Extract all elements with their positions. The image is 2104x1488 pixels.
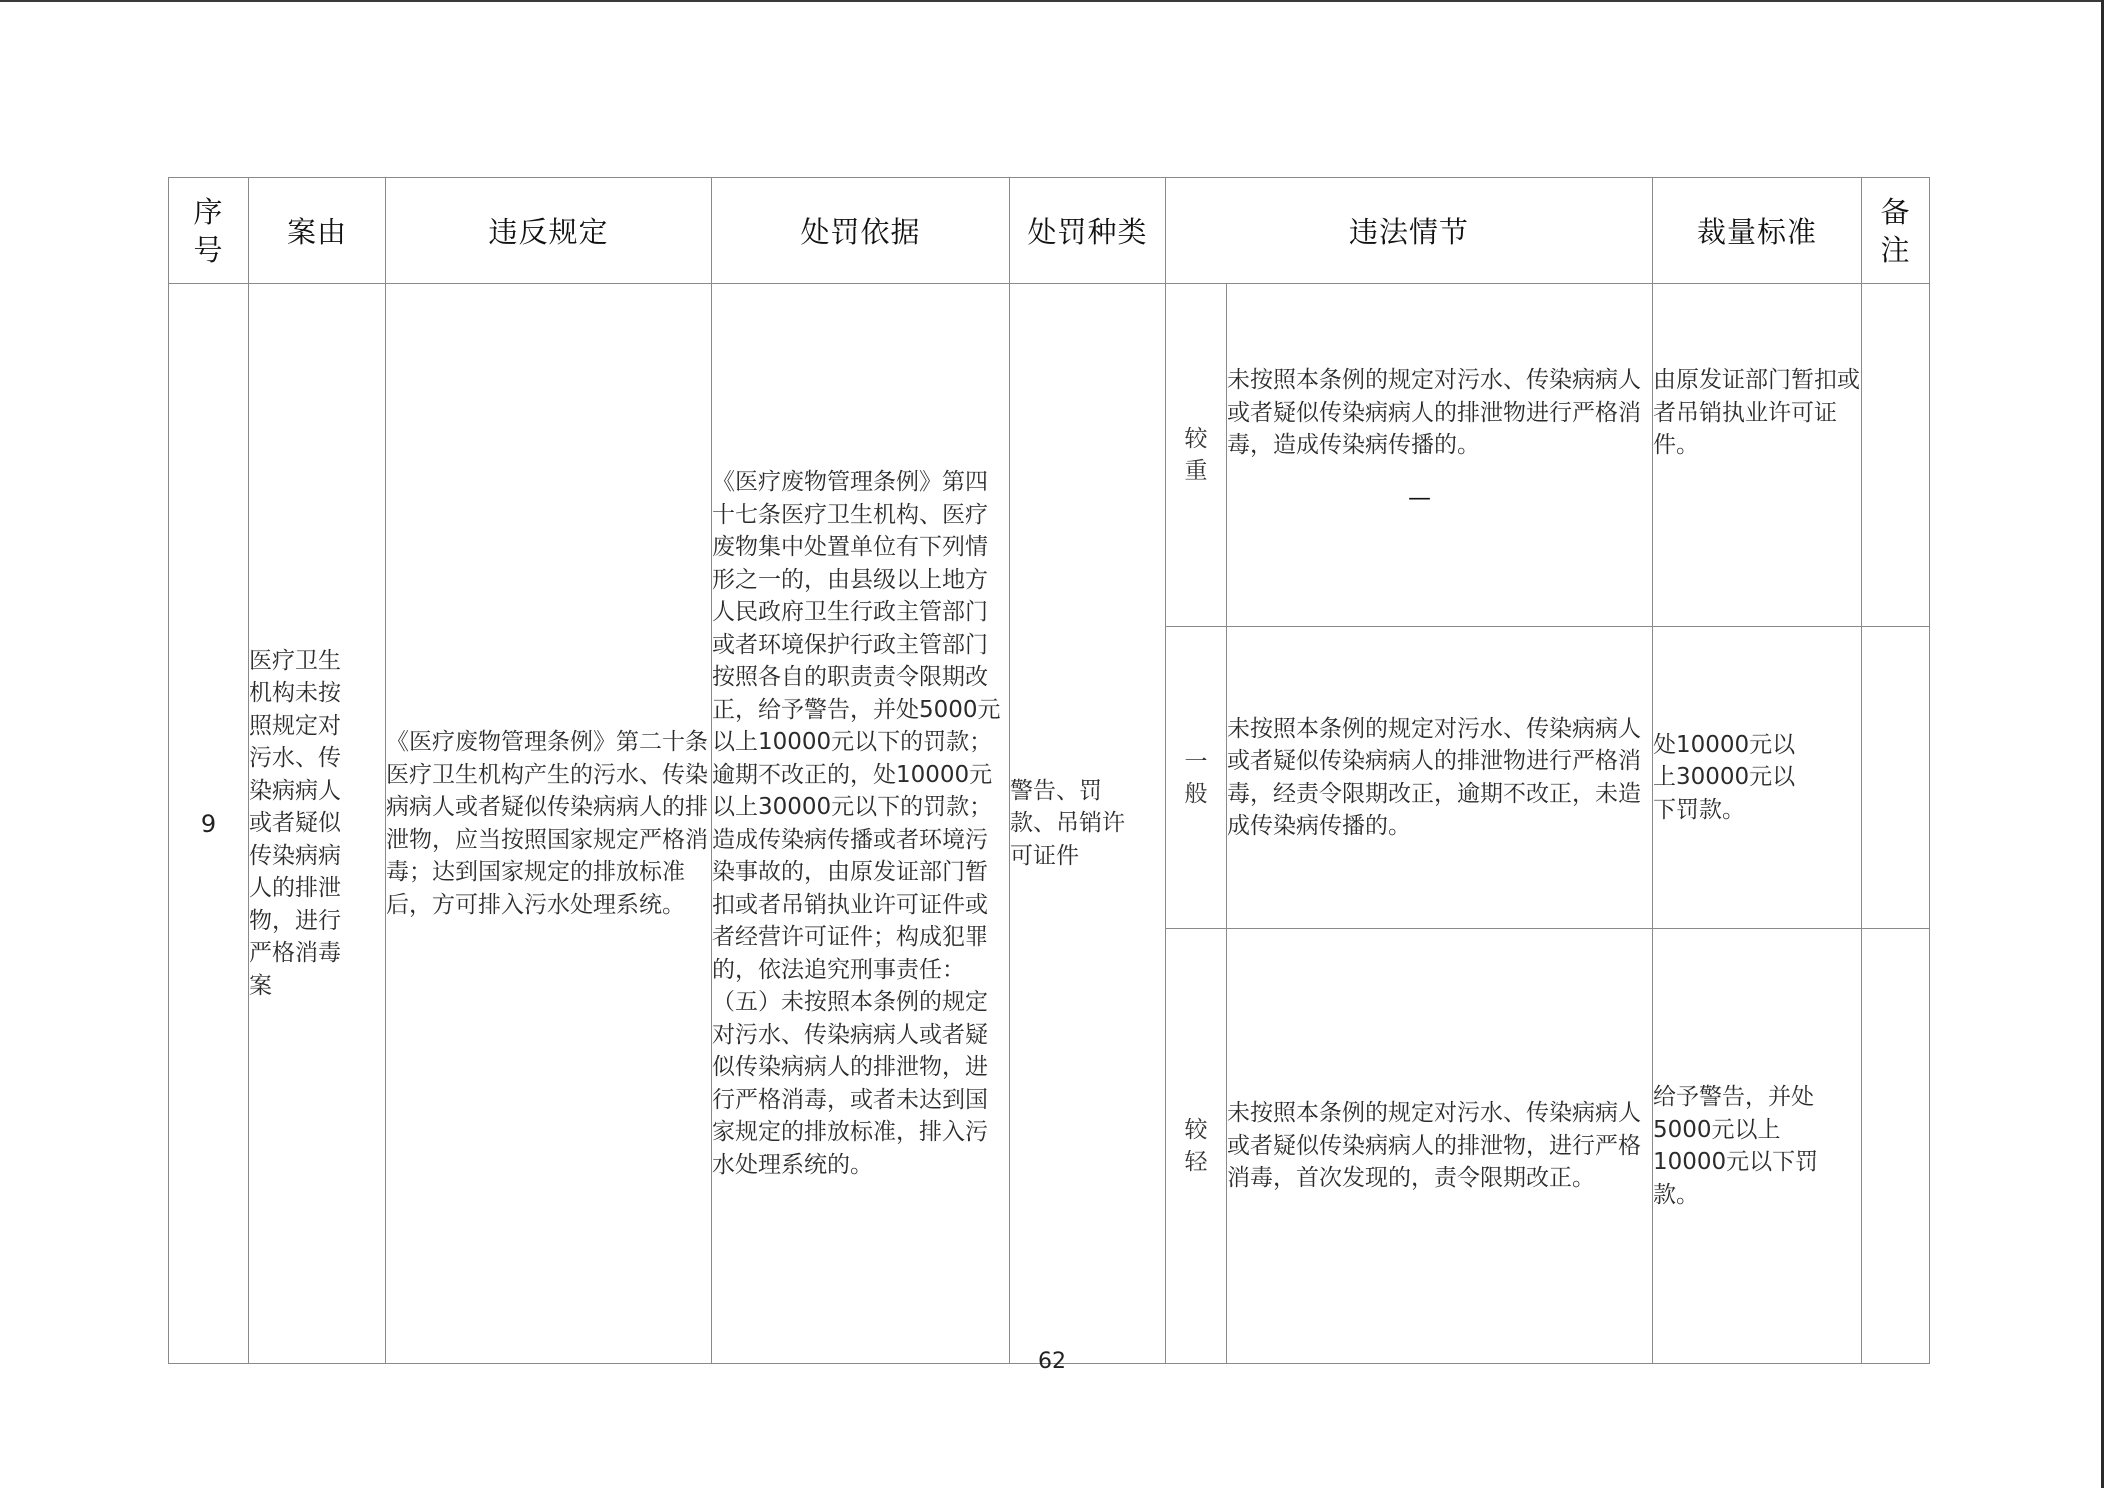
remarks-cell-minor bbox=[1862, 929, 1930, 1364]
remarks-cell-severe bbox=[1862, 284, 1930, 627]
table-row: 9 医疗卫生机构未按照规定对污水、传染病病人或者疑似传染病病人的排泄物，进行严格… bbox=[169, 284, 1930, 627]
remarks-cell-general bbox=[1862, 627, 1930, 929]
header-type: 处罚种类 bbox=[1010, 178, 1166, 284]
circumstance-cell-severe: 未按照本条例的规定对污水、传染病病人或者疑似传染病病人的排泄物进行严格消毒，造成… bbox=[1227, 284, 1653, 627]
circumstance-cell-minor: 未按照本条例的规定对污水、传染病病人或者疑似传染病病人的排泄物，进行严格消毒，首… bbox=[1227, 929, 1653, 1364]
basis-cell: 《医疗废物管理条例》第四十七条医疗卫生机构、医疗废物集中处置单位有下列情形之一的… bbox=[712, 284, 1010, 1364]
type-cell: 警告、罚款、吊销许可证件 bbox=[1010, 284, 1166, 1364]
circumstance-cell-general: 未按照本条例的规定对污水、传染病病人或者疑似传染病病人的排泄物进行严格消毒，经责… bbox=[1227, 627, 1653, 929]
standard-cell-minor: 给予警告，并处5000元以上10000元以下罚款。 bbox=[1653, 929, 1862, 1364]
top-border-line bbox=[0, 0, 2104, 2]
standard-text-minor: 给予警告，并处5000元以上10000元以下罚款。 bbox=[1653, 1081, 1833, 1211]
level-cell-minor: 较轻 bbox=[1166, 929, 1227, 1364]
circumstance-text-severe: 未按照本条例的规定对污水、传染病病人或者疑似传染病病人的排泄物进行严格消毒，造成… bbox=[1227, 367, 1641, 458]
header-remarks: 备注 bbox=[1862, 178, 1930, 284]
violation-cell: 《医疗废物管理条例》第二十条医疗卫生机构产生的污水、传染病病人或者疑似传染病病人… bbox=[386, 284, 712, 1364]
document-page: 序号 案由 违反规定 处罚依据 处罚种类 违法情节 裁量标准 备注 9 医疗卫生… bbox=[168, 177, 1929, 1364]
header-seq: 序号 bbox=[169, 178, 249, 284]
header-case: 案由 bbox=[249, 178, 386, 284]
header-basis: 处罚依据 bbox=[712, 178, 1010, 284]
standard-cell-general: 处10000元以上30000元以下罚款。 bbox=[1653, 627, 1862, 929]
case-text: 医疗卫生机构未按照规定对污水、传染病病人或者疑似传染病病人的排泄物，进行严格消毒… bbox=[249, 645, 349, 1003]
standard-cell-severe: 由原发证部门暂扣或者吊销执业许可证件。 bbox=[1653, 284, 1862, 627]
level-cell-general: 一般 bbox=[1166, 627, 1227, 929]
type-text: 警告、罚款、吊销许可证件 bbox=[1010, 775, 1136, 873]
header-circumstance: 违法情节 bbox=[1166, 178, 1653, 284]
case-cell: 医疗卫生机构未按照规定对污水、传染病病人或者疑似传染病病人的排泄物，进行严格消毒… bbox=[249, 284, 386, 1364]
table-header-row: 序号 案由 违反规定 处罚依据 处罚种类 违法情节 裁量标准 备注 bbox=[169, 178, 1930, 284]
dash-mark: — bbox=[1227, 482, 1652, 515]
level-cell-severe: 较重 bbox=[1166, 284, 1227, 627]
penalty-discretion-table: 序号 案由 违反规定 处罚依据 处罚种类 违法情节 裁量标准 备注 9 医疗卫生… bbox=[168, 177, 1930, 1364]
seq-cell: 9 bbox=[169, 284, 249, 1364]
header-violation: 违反规定 bbox=[386, 178, 712, 284]
standard-text-general: 处10000元以上30000元以下罚款。 bbox=[1653, 729, 1813, 827]
page-number: 62 bbox=[0, 1349, 2104, 1374]
header-standard: 裁量标准 bbox=[1653, 178, 1862, 284]
